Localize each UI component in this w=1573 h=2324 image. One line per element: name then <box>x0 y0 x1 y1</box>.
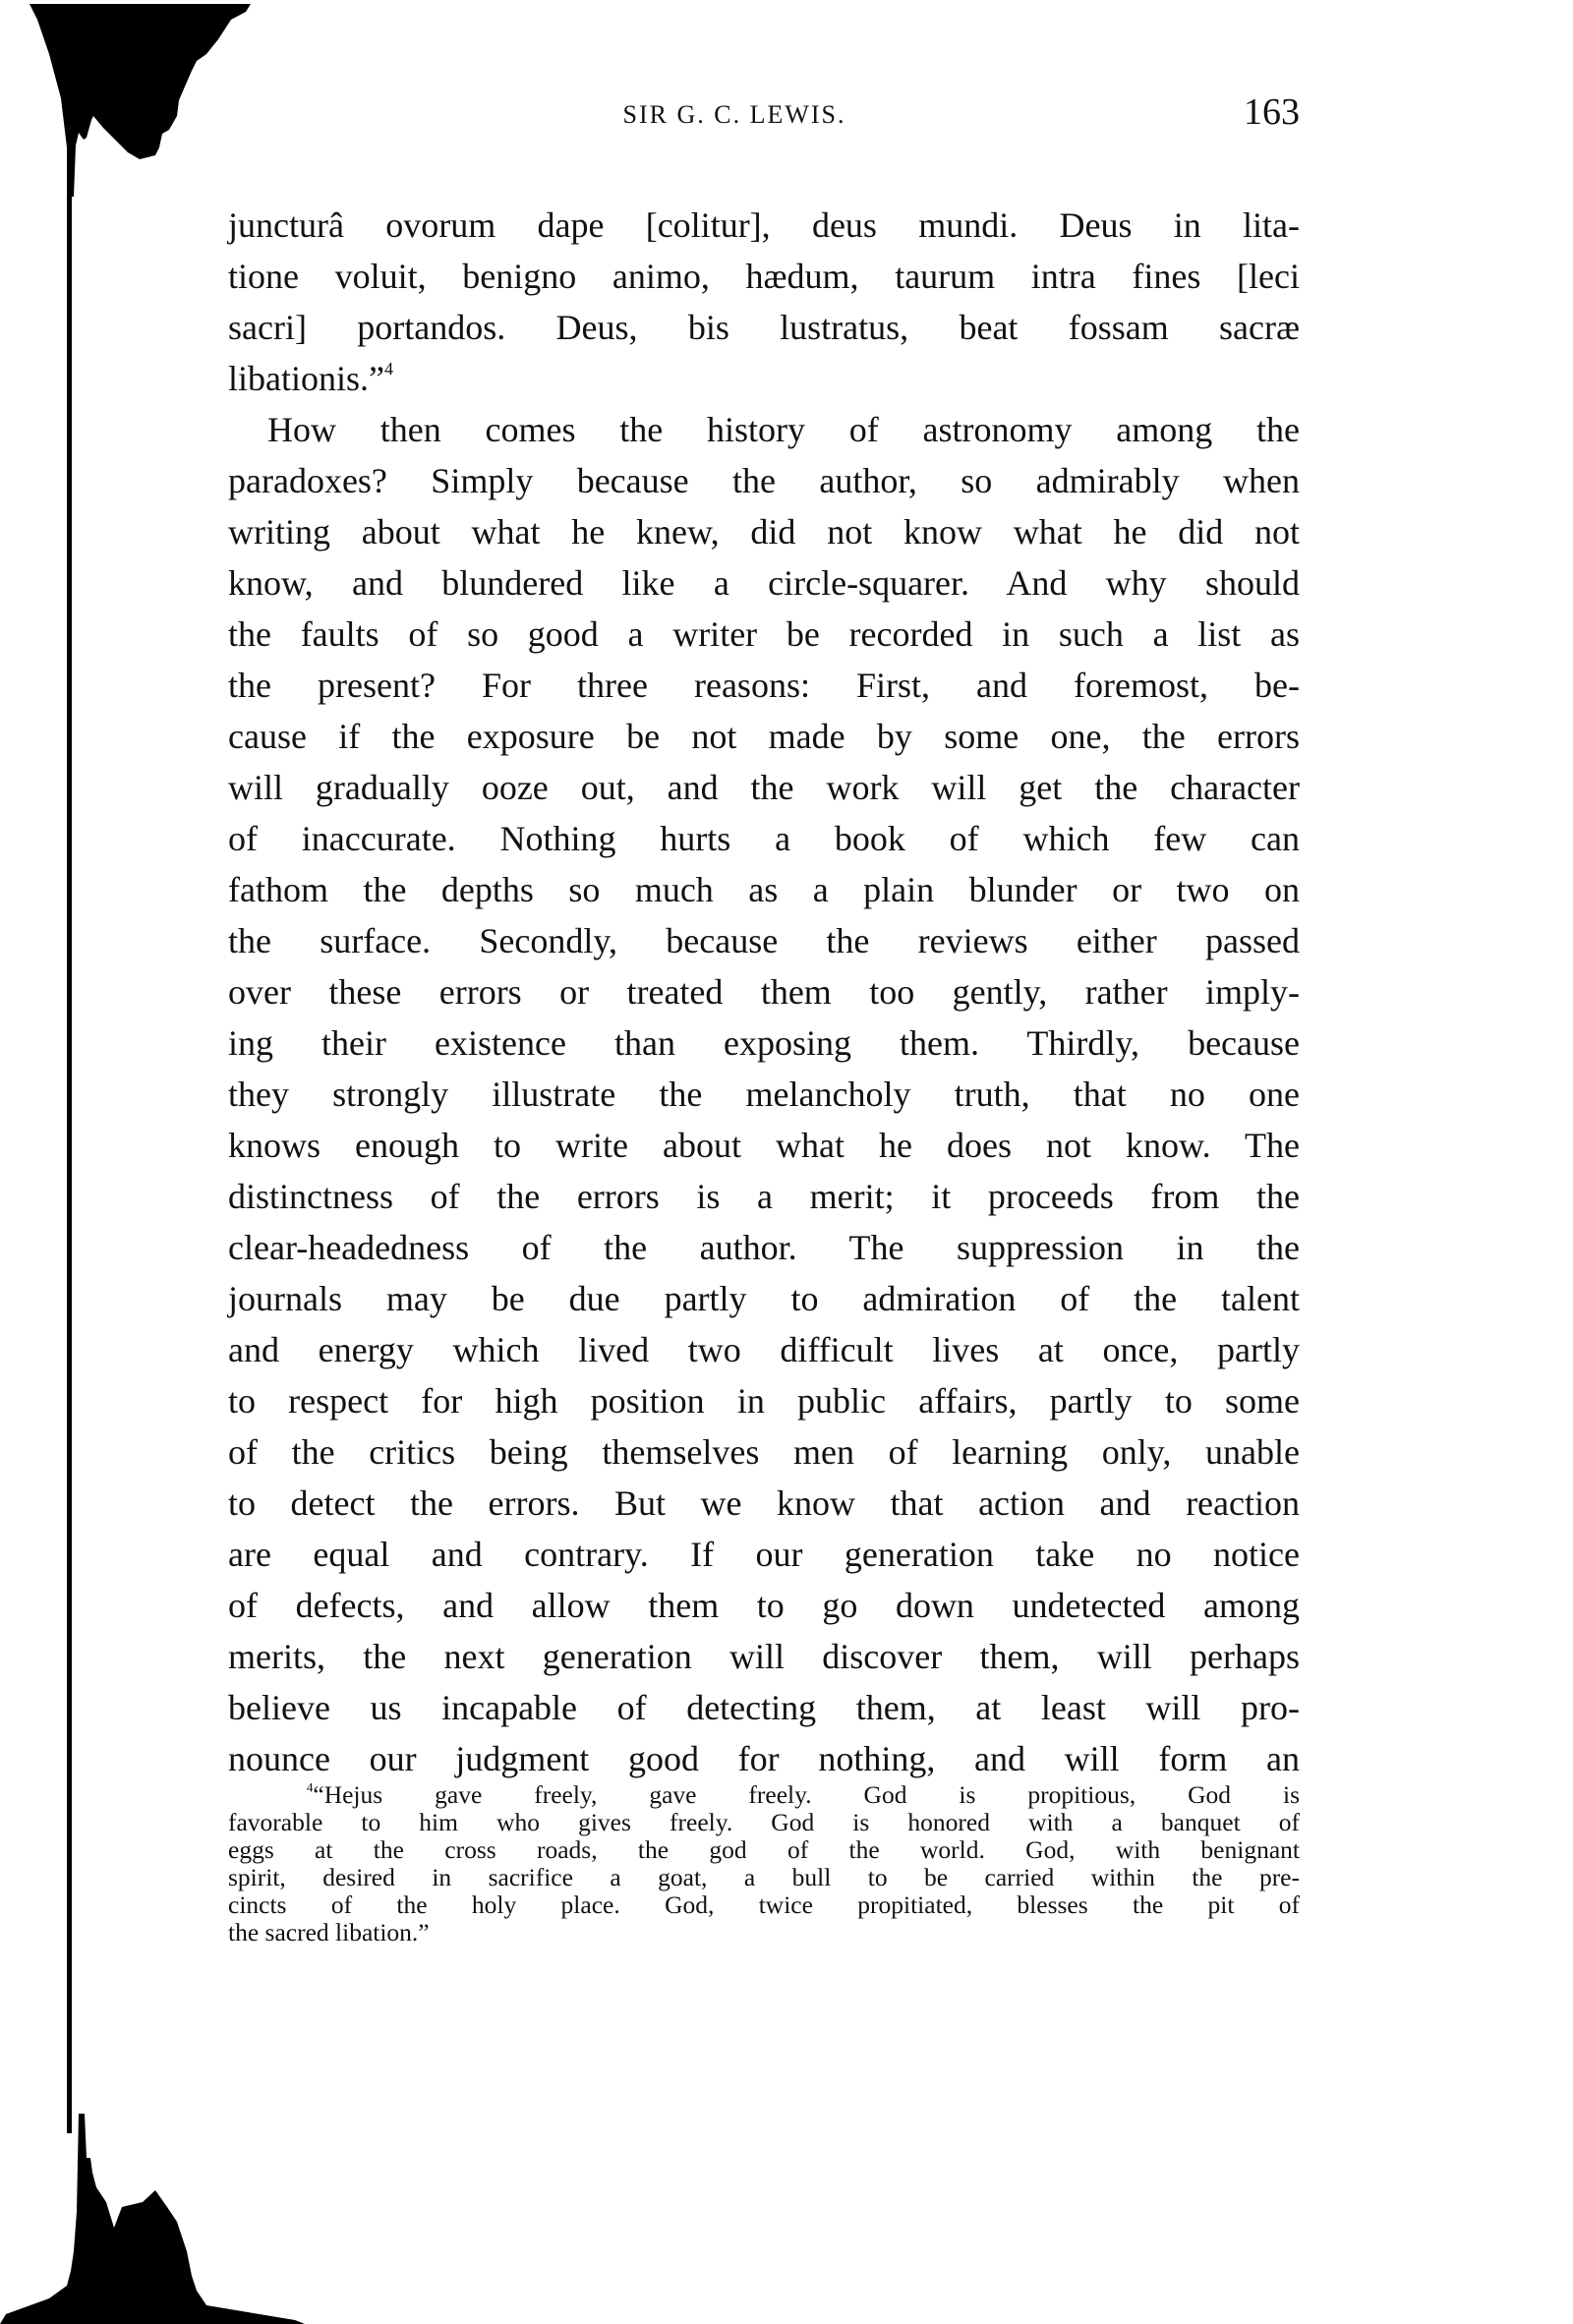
text-line: writing about what he knew, did not know… <box>228 506 1300 557</box>
text-line: over these errors or treated them too ge… <box>228 966 1300 1017</box>
text-line: believe us incapable of detecting them, … <box>228 1682 1300 1733</box>
footnote-line: eggs at the cross roads, the god of the … <box>228 1836 1300 1864</box>
text-line-content: libationis.” <box>228 359 384 398</box>
text-line: will gradually ooze out, and the work wi… <box>228 762 1300 813</box>
text-line: the surface. Secondly, because the revie… <box>228 915 1300 966</box>
page-number: 163 <box>1244 90 1300 134</box>
text-line: clear-headedness of the author. The supp… <box>228 1222 1300 1273</box>
binding-edge-line <box>67 147 72 2133</box>
text-line: to respect for high position in public a… <box>228 1375 1300 1426</box>
text-line: cause if the exposure be not made by som… <box>228 711 1300 762</box>
text-line: and energy which lived two difficult liv… <box>228 1324 1300 1375</box>
text-line: of inaccurate. Nothing hurts a book of w… <box>228 813 1300 864</box>
text-line: the faults of so good a writer be record… <box>228 609 1300 660</box>
text-line: sacri] portandos. Deus, bis lustratus, b… <box>228 302 1300 353</box>
text-line: know, and blundered like a circle-square… <box>228 557 1300 609</box>
text-line: the present? For three reasons: First, a… <box>228 660 1300 711</box>
text-line: they strongly illustrate the melancholy … <box>228 1069 1300 1120</box>
text-line: juncturâ ovorum dape [colitur], deus mun… <box>228 200 1300 251</box>
text-line: tione voluit, benigno animo, hædum, taur… <box>228 251 1300 302</box>
footnote-line: the sacred libation.” <box>228 1919 1300 1946</box>
text-line: ing their existence than exposing them. … <box>228 1017 1300 1069</box>
text-line: to detect the errors. But we know that a… <box>228 1478 1300 1529</box>
text-line: libationis.”4 <box>228 353 1300 404</box>
text-line: are equal and contrary. If our generatio… <box>228 1529 1300 1580</box>
footnote: 4“Hejus gave freely, gave freely. God is… <box>228 1781 1300 1946</box>
text-line: journals may be due partly to admiration… <box>228 1273 1300 1324</box>
footnote-first-line: 4“Hejus gave freely, gave freely. God is… <box>228 1781 1300 1809</box>
footnote-line: favorable to him who gives freely. God i… <box>228 1809 1300 1836</box>
footnote-line: cincts of the holy place. God, twice pro… <box>228 1891 1300 1919</box>
footnote-line: spirit, desired in sacrifice a goat, a b… <box>228 1864 1300 1891</box>
footnote-line-content: “Hejus gave freely, gave freely. God is … <box>313 1780 1300 1809</box>
text-line: of the critics being themselves men of l… <box>228 1426 1300 1478</box>
binding-shadow-bottom <box>0 2114 315 2324</box>
text-line: knows enough to write about what he does… <box>228 1120 1300 1171</box>
text-line: distinctness of the errors is a merit; i… <box>228 1171 1300 1222</box>
text-line: paradoxes? Simply because the author, so… <box>228 455 1300 506</box>
running-title: SIR G. C. LEWIS. <box>228 100 1300 130</box>
body-text: juncturâ ovorum dape [colitur], deus mun… <box>228 200 1300 1784</box>
text-line: of defects, and allow them to go down un… <box>228 1580 1300 1631</box>
text-line: fathom the depths so much as a plain blu… <box>228 864 1300 915</box>
text-line: merits, the next generation will discove… <box>228 1631 1300 1682</box>
footnote-reference[interactable]: 4 <box>384 359 393 378</box>
paragraph-start-line: How then comes the history of astronomy … <box>228 404 1300 455</box>
text-line: nounce our judgment good for nothing, an… <box>228 1733 1300 1784</box>
running-head: SIR G. C. LEWIS. 163 <box>228 88 1300 138</box>
